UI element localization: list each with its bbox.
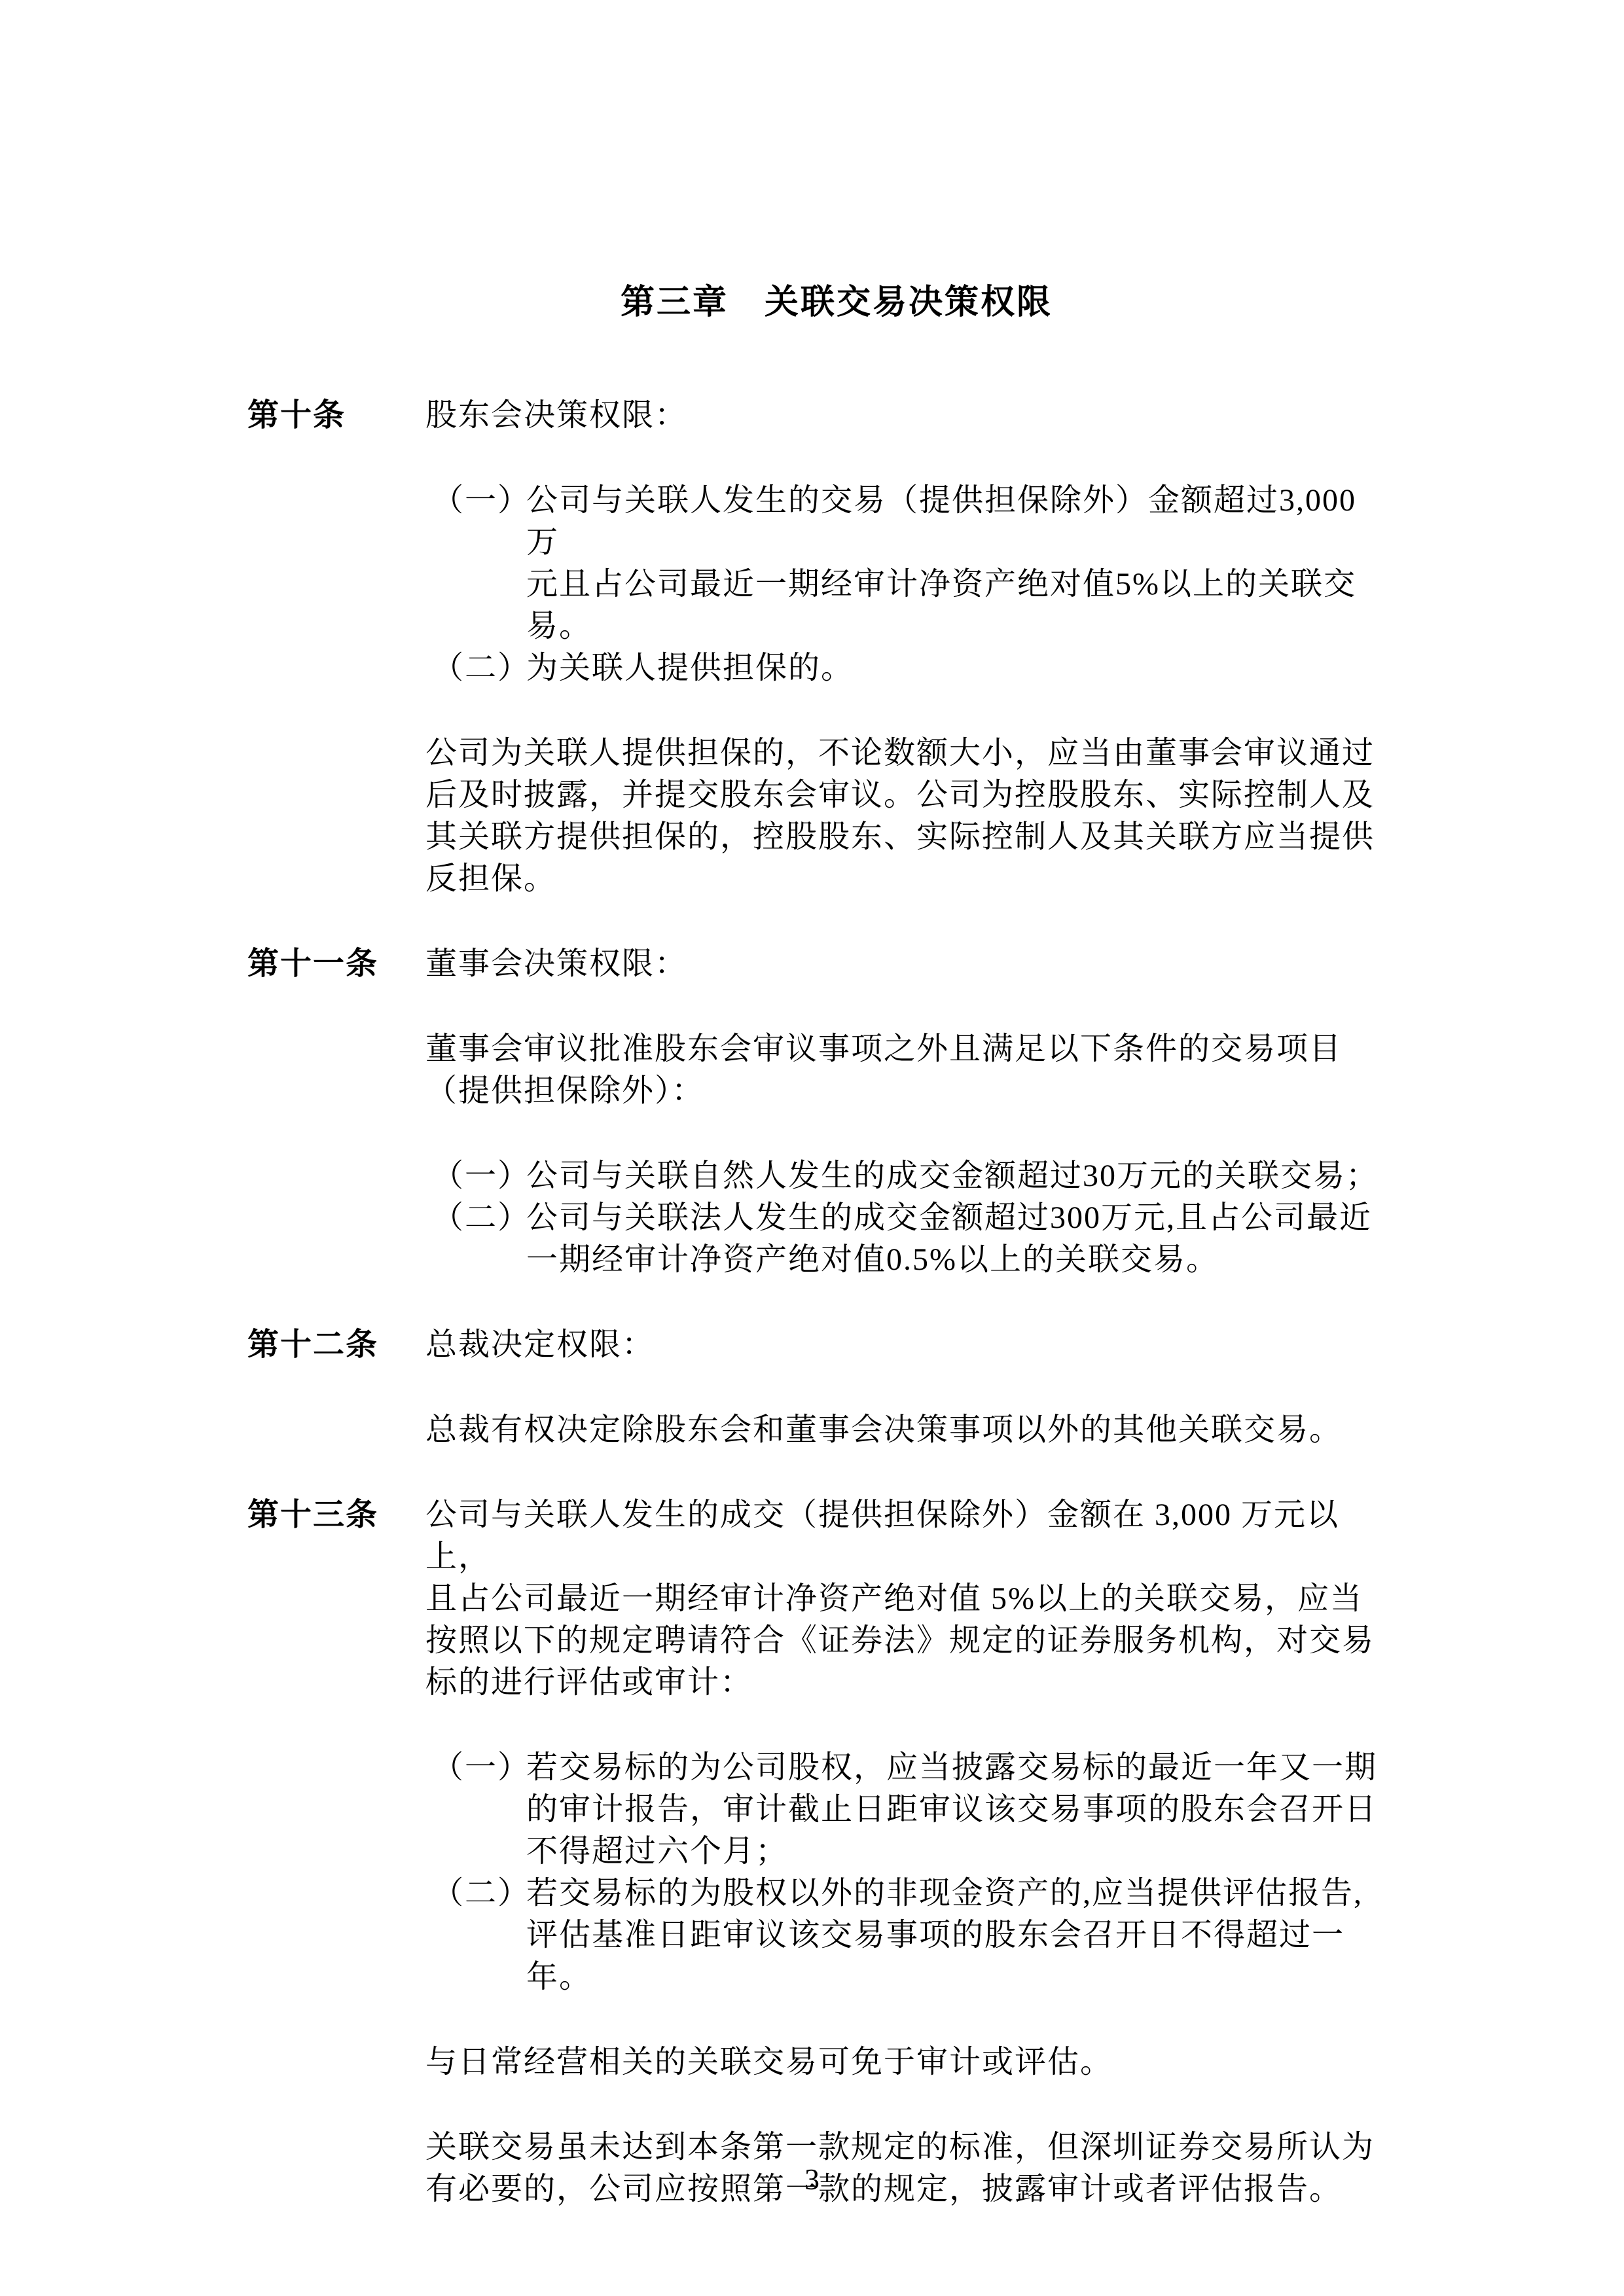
list-item: （二） 若交易标的为股权以外的非现金资产的,应当提供评估报告, 评估基准日距审议…: [247, 1873, 1381, 1998]
list-item-text: 若交易标的为公司股权，应当披露交易标的最近一年又一期 的审计报告，审计截止日距审…: [526, 1747, 1381, 1873]
article-12-heading-row: 第十二条 总裁决定权限：: [247, 1324, 1381, 1366]
text-line: 公司与关联法人发生的成交金额超过300万元,且占公司最近: [526, 1197, 1381, 1239]
text-line: 反担保。: [425, 858, 1381, 900]
article-10-heading: 股东会决策权限：: [425, 395, 1381, 437]
list-item: （一） 若交易标的为公司股权，应当披露交易标的最近一年又一期 的审计报告，审计截…: [247, 1747, 1381, 1873]
list-item: （二） 公司与关联法人发生的成交金额超过300万元,且占公司最近 一期经审计净资…: [247, 1197, 1381, 1281]
text-line: 若交易标的为股权以外的非现金资产的,应当提供评估报告,: [526, 1873, 1381, 1914]
list-item-text: 为关联人提供担保的。: [526, 647, 1381, 689]
article-10-heading-row: 第十条 股东会决策权限：: [247, 395, 1381, 437]
list-marker: （一）: [432, 1747, 526, 1873]
article-13-body: 公司与关联人发生的成交（提供担保除外）金额在 3,000 万元以上， 且占公司最…: [425, 1494, 1381, 1704]
page-number: 3: [0, 2161, 1624, 2198]
text-line: 后及时披露，并提交股东会审议。公司为控股股东、实际控制人及: [425, 774, 1381, 816]
text-line: 公司与关联人发生的交易（提供担保除外）金额超过3,000万: [526, 480, 1381, 564]
article-10-items: （一） 公司与关联人发生的交易（提供担保除外）金额超过3,000万 元且占公司最…: [247, 480, 1381, 689]
text-line: （提供担保除外）：: [425, 1070, 1381, 1112]
list-marker: （二）: [432, 1873, 526, 1998]
list-item: （一） 公司与关联自然人发生的成交金额超过30万元的关联交易；: [247, 1155, 1381, 1197]
article-11-heading-row: 第十一条 董事会决策权限：: [247, 943, 1381, 985]
article-11-paragraph: 董事会审议批准股东会审议事项之外且满足以下条件的交易项目 （提供担保除外）：: [247, 1028, 1381, 1112]
list-item-text: 公司与关联法人发生的成交金额超过300万元,且占公司最近 一期经审计净资产绝对值…: [526, 1197, 1381, 1281]
article-11-label: 第十一条: [247, 943, 425, 985]
text-line: 若交易标的为公司股权，应当披露交易标的最近一年又一期: [526, 1747, 1381, 1789]
text-line: 公司与关联自然人发生的成交金额超过30万元的关联交易；: [526, 1155, 1381, 1197]
list-item: （一） 公司与关联人发生的交易（提供担保除外）金额超过3,000万 元且占公司最…: [247, 480, 1381, 647]
text-line: 且占公司最近一期经审计净资产绝对值 5%以上的关联交易，应当: [425, 1578, 1381, 1620]
article-13-paragraph-exemption: 与日常经营相关的关联交易可免于审计或评估。: [247, 2041, 1381, 2083]
chapter-title: 第三章 关联交易决策权限: [270, 278, 1403, 327]
article-10-paragraph: 公司为关联人提供担保的，不论数额大小，应当由董事会审议通过 后及时披露，并提交股…: [247, 732, 1381, 900]
list-marker: （二）: [432, 1197, 526, 1281]
text-line: 公司为关联人提供担保的，不论数额大小，应当由董事会审议通过: [425, 732, 1381, 774]
list-item-text: 公司与关联自然人发生的成交金额超过30万元的关联交易；: [526, 1155, 1381, 1197]
article-10-label: 第十条: [247, 395, 425, 437]
text-line: 易。: [526, 605, 1381, 647]
list-marker: （一）: [432, 480, 526, 647]
list-item-text: 公司与关联人发生的交易（提供担保除外）金额超过3,000万 元且占公司最近一期经…: [526, 480, 1381, 647]
text-line: 元且占公司最近一期经审计净资产绝对值5%以上的关联交: [526, 564, 1381, 605]
article-11-heading: 董事会决策权限：: [425, 943, 1381, 985]
article-13-row: 第十三条 公司与关联人发生的成交（提供担保除外）金额在 3,000 万元以上， …: [247, 1494, 1381, 1704]
text-line: 其关联方提供担保的，控股股东、实际控制人及其关联方应当提供: [425, 816, 1381, 858]
text-line: 的审计报告，审计截止日距审议该交易事项的股东会召开日: [526, 1789, 1381, 1831]
page-content: 第三章 关联交易决策权限 第十条 股东会决策权限： （一） 公司与关联人发生的交…: [247, 278, 1381, 2210]
article-13-items: （一） 若交易标的为公司股权，应当披露交易标的最近一年又一期 的审计报告，审计截…: [247, 1747, 1381, 1998]
list-item-text: 若交易标的为股权以外的非现金资产的,应当提供评估报告, 评估基准日距审议该交易事…: [526, 1873, 1381, 1998]
text-line: 总裁有权决定除股东会和董事会决策事项以外的其他关联交易。: [425, 1409, 1381, 1451]
text-line: 公司与关联人发生的成交（提供担保除外）金额在 3,000 万元以上，: [425, 1494, 1381, 1578]
text-line: 标的进行评估或审计：: [425, 1662, 1381, 1704]
text-line: 按照以下的规定聘请符合《证券法》规定的证券服务机构，对交易: [425, 1620, 1381, 1662]
text-line: 董事会审议批准股东会审议事项之外且满足以下条件的交易项目: [425, 1028, 1381, 1070]
article-12-heading: 总裁决定权限：: [425, 1324, 1381, 1366]
text-line: 一期经审计净资产绝对值0.5%以上的关联交易。: [526, 1239, 1381, 1281]
list-item: （二） 为关联人提供担保的。: [247, 647, 1381, 689]
text-line: 为关联人提供担保的。: [526, 647, 1381, 689]
text-line: 与日常经营相关的关联交易可免于审计或评估。: [425, 2041, 1381, 2083]
article-12-label: 第十二条: [247, 1324, 425, 1366]
article-11-items: （一） 公司与关联自然人发生的成交金额超过30万元的关联交易； （二） 公司与关…: [247, 1155, 1381, 1281]
document-page: 第三章 关联交易决策权限 第十条 股东会决策权限： （一） 公司与关联人发生的交…: [0, 0, 1624, 2296]
article-12-paragraph: 总裁有权决定除股东会和董事会决策事项以外的其他关联交易。: [247, 1409, 1381, 1451]
list-marker: （一）: [432, 1155, 526, 1197]
text-line: 评估基准日距审议该交易事项的股东会召开日不得超过一年。: [526, 1914, 1381, 1998]
article-13-label: 第十三条: [247, 1494, 425, 1704]
text-line: 不得超过六个月；: [526, 1831, 1381, 1873]
list-marker: （二）: [432, 647, 526, 689]
